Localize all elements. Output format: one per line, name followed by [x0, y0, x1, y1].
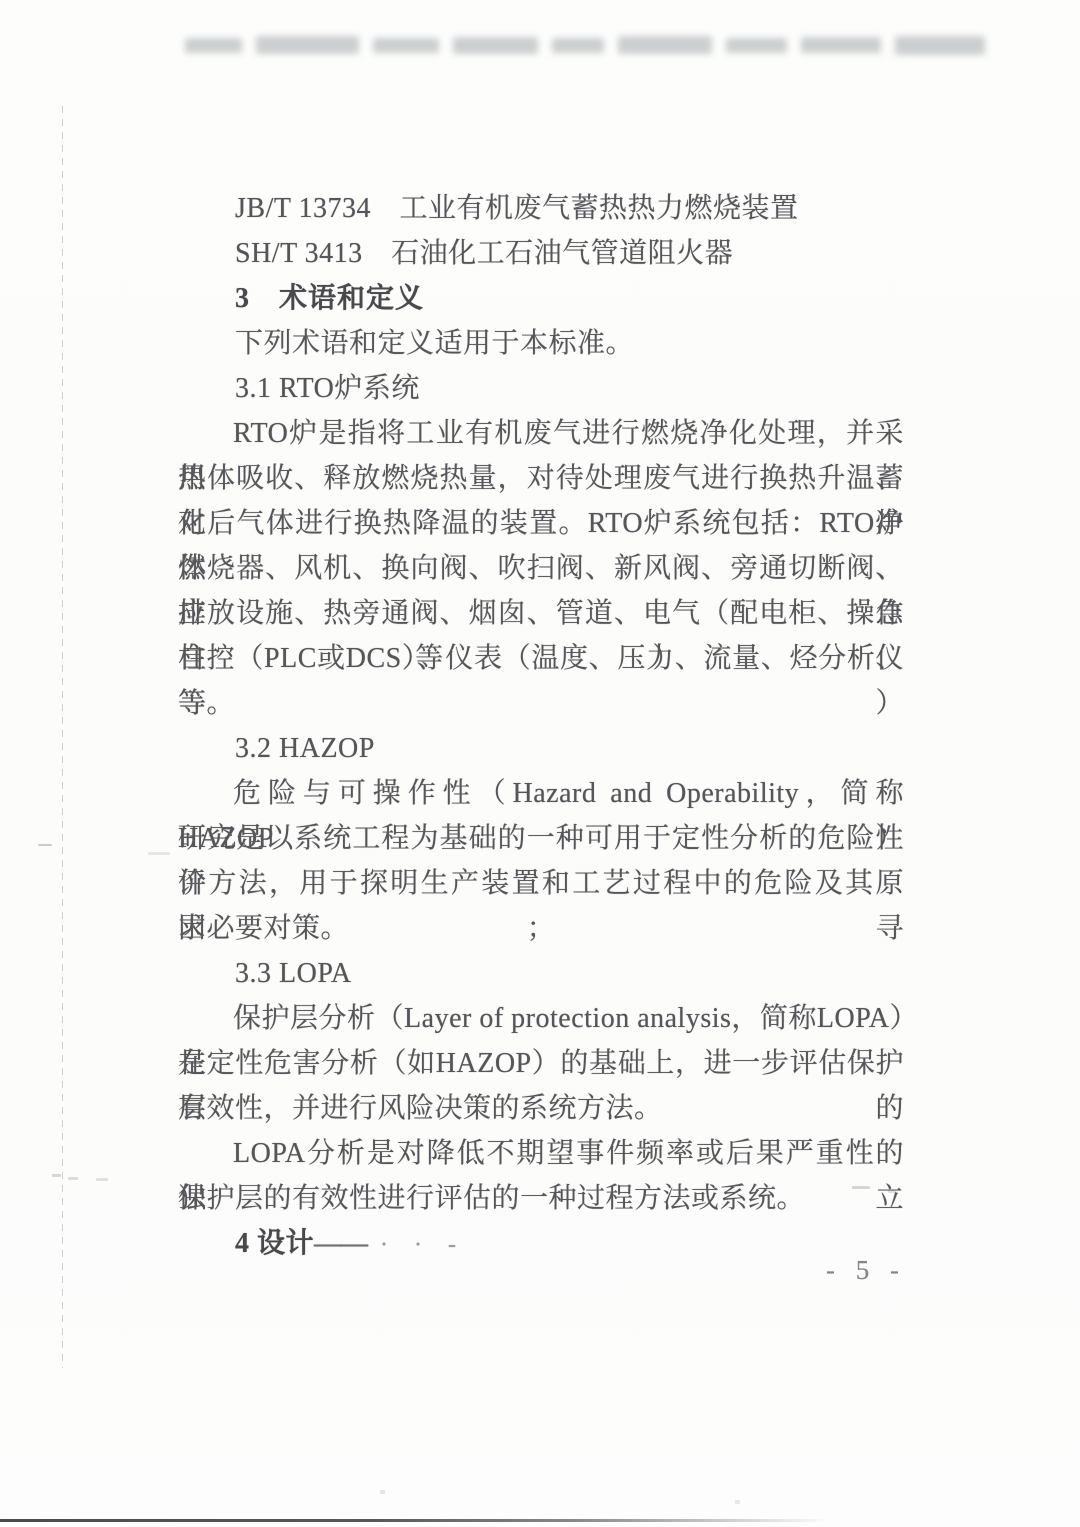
body-line: 保护层的有效性进行评估的一种过程方法或系统。 — [178, 1176, 904, 1221]
section-3-2-heading: 3.2 HAZOP — [178, 726, 904, 771]
scan-bottom-edge-line — [0, 1519, 830, 1522]
scanned-document-page: JB/T 13734 工业有机废气蓄热热力燃烧装置 SH/T 3413 石油化工… — [0, 0, 1080, 1527]
body-line: RTO炉是指将工业有机废气进行燃烧净化处理，并采用蓄 — [178, 411, 904, 456]
scan-dash-mark — [38, 844, 52, 846]
reference-line: JB/T 13734 工业有机废气蓄热热力燃烧装置 — [178, 186, 904, 231]
body-line: 热体吸收、释放燃烧热量，对待处理废气进行换热升温、对净 — [178, 456, 904, 501]
document-text-block: JB/T 13734 工业有机废气蓄热热力燃烧装置 SH/T 3413 石油化工… — [178, 186, 904, 1266]
body-line: 化后气体进行换热降温的装置。RTO炉系统包括：RTO炉体、 — [178, 501, 904, 546]
scan-dash-mark — [52, 1174, 61, 1177]
scan-speck — [735, 1500, 740, 1504]
body-line: 在定性危害分析（如HAZOP）的基础上，进一步评估保护层的 — [178, 1041, 904, 1086]
section-3-1-heading: 3.1 RTO炉系统 — [178, 366, 904, 411]
body-line: 危险与可操作性（Hazard and Operability，简称HAZOP） — [178, 771, 904, 816]
body-line: 燃烧器、风机、换向阀、吹扫阀、新风阀、旁通切断阀、应急 — [178, 546, 904, 591]
section-4-heading-line: 4 设计——· · - — [178, 1221, 904, 1266]
section-3-heading: 3 术语和定义 — [178, 276, 904, 321]
body-line: 自控（PLC或DCS）、仪表（温度、压力、流量、烃分析仪等） — [178, 636, 904, 681]
body-line: 价方法，用于探明生产装置和工艺过程中的危险及其原因；寻 — [178, 861, 904, 906]
scan-left-edge-line — [62, 106, 63, 1368]
section-4-heading: 4 设计 — [235, 1228, 314, 1259]
scan-dash-mark — [68, 1177, 78, 1180]
scan-dash-tail: —— — [314, 1228, 366, 1259]
body-line: 保护层分析（Layer of protection analysis，简称LOP… — [178, 996, 904, 1041]
reference-line: SH/T 3413 石油化工石油气管道阻火器 — [178, 231, 904, 276]
body-line: LOPA分析是对降低不期望事件频率或后果严重性的独立 — [178, 1131, 904, 1176]
body-line: 研究是以系统工程为基础的一种可用于定性分析的危险性评 — [178, 816, 904, 861]
scan-dash-mark — [96, 1178, 108, 1181]
body-line: 排放设施、热旁通阀、烟囱、管道、电气（配电柜、操作柱等）、 — [178, 591, 904, 636]
scan-bleedthrough-band — [185, 30, 985, 60]
section-3-3-heading: 3.3 LOPA — [178, 951, 904, 996]
scan-dash-mark — [148, 852, 170, 855]
scan-tail-marks: · · - — [366, 1232, 466, 1258]
page-number: - 5 - — [826, 1255, 906, 1286]
scan-speck — [380, 1490, 385, 1494]
section-3-intro: 下列术语和定义适用于本标准。 — [178, 321, 904, 366]
